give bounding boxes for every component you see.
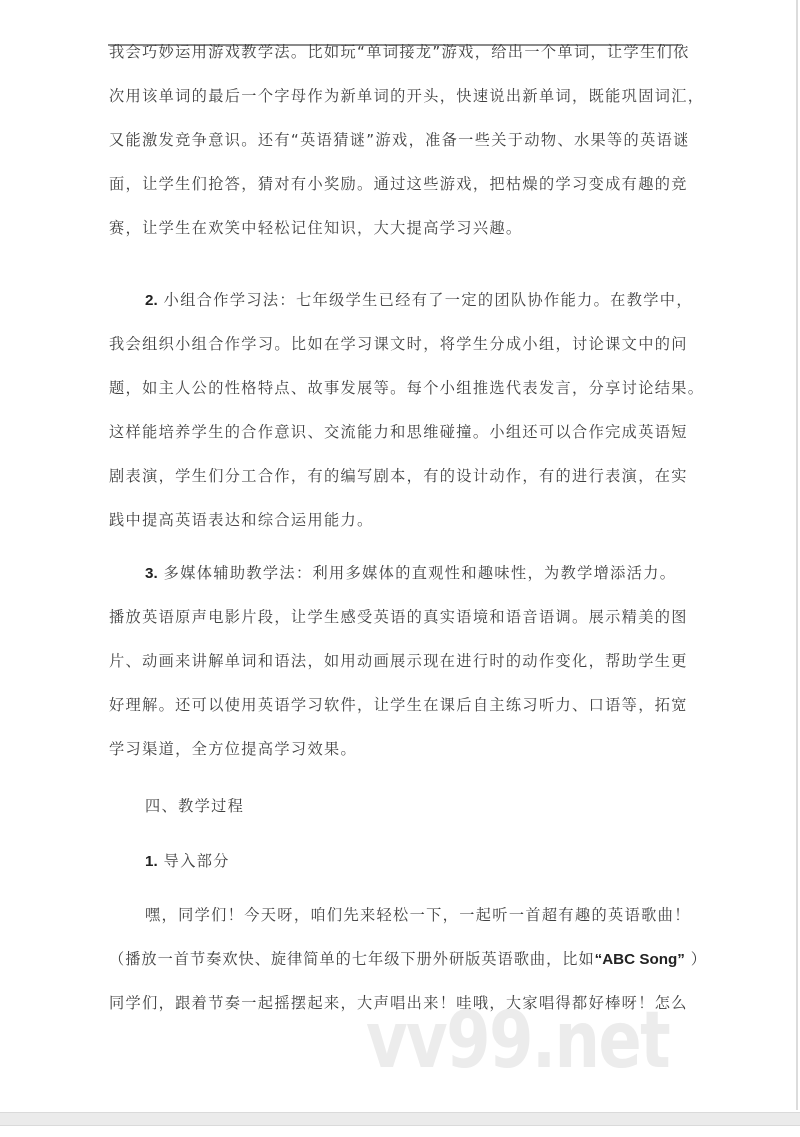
item-number: 2.: [145, 292, 158, 309]
subsection-title: 导入部分: [164, 852, 230, 870]
text-line: 践中提高英语表达和综合运用能力。: [109, 502, 685, 546]
text-line: （播放一首节奏欢快、旋律简单的七年级下册外研版英语歌曲，比如“ABC Song”…: [109, 941, 685, 985]
text-line: 我会组织小组合作学习。比如在学习课文时，将学生分成小组，讨论课文中的问: [109, 326, 685, 370]
text-line: 片、动画来讲解单词和语法，如用动画展示现在进行时的动作变化，帮助学生更: [109, 643, 685, 687]
text-segment: ）: [685, 950, 707, 968]
text-segment: （播放一首节奏欢快、旋律简单的七年级下册外研版英语歌曲，比如: [109, 950, 595, 968]
paragraph-games: 我会巧妙运用游戏教学法。比如玩“单词接龙”游戏，给出一个单词，让学生们依 次用该…: [109, 34, 685, 254]
next-page-top: [0, 1126, 800, 1137]
document-body: 我会巧妙运用游戏教学法。比如玩“单词接龙”游戏，给出一个单词，让学生们依 次用该…: [109, 34, 685, 1029]
subsection-heading: 1.导入部分: [109, 843, 685, 887]
paragraph-multimedia: 3.多媒体辅助教学法：利用多媒体的直观性和趣味性，为教学增添活力。 播放英语原声…: [109, 555, 685, 775]
numbered-item-line: 2.小组合作学习法：七年级学生已经有了一定的团队协作能力。在教学中，: [109, 282, 685, 326]
text-line: 赛，让学生在欢笑中轻松记住知识，大大提高学习兴趣。: [109, 210, 685, 254]
section-heading: 四、教学过程: [109, 788, 685, 832]
text-line: 学习渠道，全方位提高学习效果。: [109, 731, 685, 775]
text-line: 嘿，同学们！今天呀，咱们先来轻松一下，一起听一首超有趣的英语歌曲！: [109, 897, 685, 941]
text-line: 题，如主人公的性格特点、故事发展等。每个小组推选代表发言，分享讨论结果。: [109, 370, 685, 414]
watermark-text: vv99.net: [366, 996, 669, 1086]
text-line: 这样能培养学生的合作意识、交流能力和思维碰撞。小组还可以合作完成英语短: [109, 414, 685, 458]
page-separator: [0, 1112, 800, 1126]
item-text: 多媒体辅助教学法：利用多媒体的直观性和趣味性，为教学增添活力。: [164, 564, 677, 582]
text-line: 好理解。还可以使用英语学习软件，让学生在课后自主练习听力、口语等，拓宽: [109, 687, 685, 731]
item-number: 3.: [145, 565, 158, 582]
song-title: “ABC Song”: [595, 951, 685, 968]
text-line: 我会巧妙运用游戏教学法。比如玩“单词接龙”游戏，给出一个单词，让学生们依: [109, 34, 685, 78]
item-text: 小组合作学习法：七年级学生已经有了一定的团队协作能力。在教学中，: [164, 291, 693, 309]
paragraph-group-cooperation: 2.小组合作学习法：七年级学生已经有了一定的团队协作能力。在教学中， 我会组织小…: [109, 282, 685, 546]
subsection-number: 1.: [145, 853, 158, 870]
text-line: 又能激发竞争意识。还有“英语猜谜”游戏，准备一些关于动物、水果等的英语谜: [109, 122, 685, 166]
text-line: 次用该单词的最后一个字母作为新单词的开头，快速说出新单词，既能巩固词汇，: [109, 78, 685, 122]
text-line: 剧表演，学生们分工合作，有的编写剧本，有的设计动作，有的进行表演，在实: [109, 458, 685, 502]
text-line: 面，让学生们抢答，猜对有小奖励。通过这些游戏，把枯燥的学习变成有趣的竞: [109, 166, 685, 210]
document-page: 我会巧妙运用游戏教学法。比如玩“单词接龙”游戏，给出一个单词，让学生们依 次用该…: [0, 0, 798, 1110]
text-line: 播放英语原声电影片段，让学生感受英语的真实语境和语音语调。展示精美的图: [109, 599, 685, 643]
numbered-item-line: 3.多媒体辅助教学法：利用多媒体的直观性和趣味性，为教学增添活力。: [109, 555, 685, 599]
